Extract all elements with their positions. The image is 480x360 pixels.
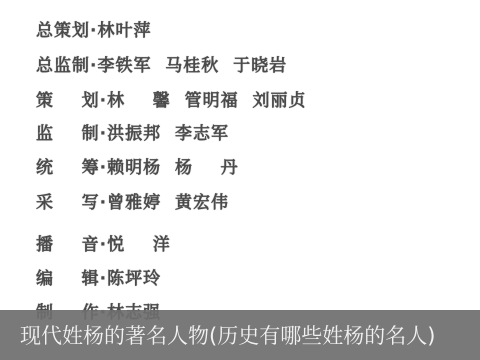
caption-bar: 现代姓杨的著名人物(历史有哪些姓杨的名人) [0, 310, 480, 360]
credit-planner: 策 划·林 馨 管明福 刘丽贞 [36, 86, 306, 111]
credit-coordinator: 统 筹·赖明杨 杨 丹 [36, 153, 239, 178]
credits-block: 总策划·林叶萍 总监制·李铁军 马桂秋 于晓岩 策 划·林 馨 管明福 刘丽贞 … [0, 0, 480, 360]
credit-reporter: 采 写·曾雅婷 黄宏伟 [36, 188, 229, 213]
caption-title: 现代姓杨的著名人物(历史有哪些姓杨的名人) [20, 320, 435, 350]
credit-announcer: 播 音·悦 洋 [36, 230, 171, 255]
credit-editor: 编 辑·陈坪玲 [36, 264, 161, 289]
credit-chief-planner: 总策划·林叶萍 [36, 16, 151, 41]
credit-producer: 监 制·洪振邦 李志军 [36, 119, 229, 144]
credit-chief-producer: 总监制·李铁军 马桂秋 于晓岩 [36, 51, 287, 76]
